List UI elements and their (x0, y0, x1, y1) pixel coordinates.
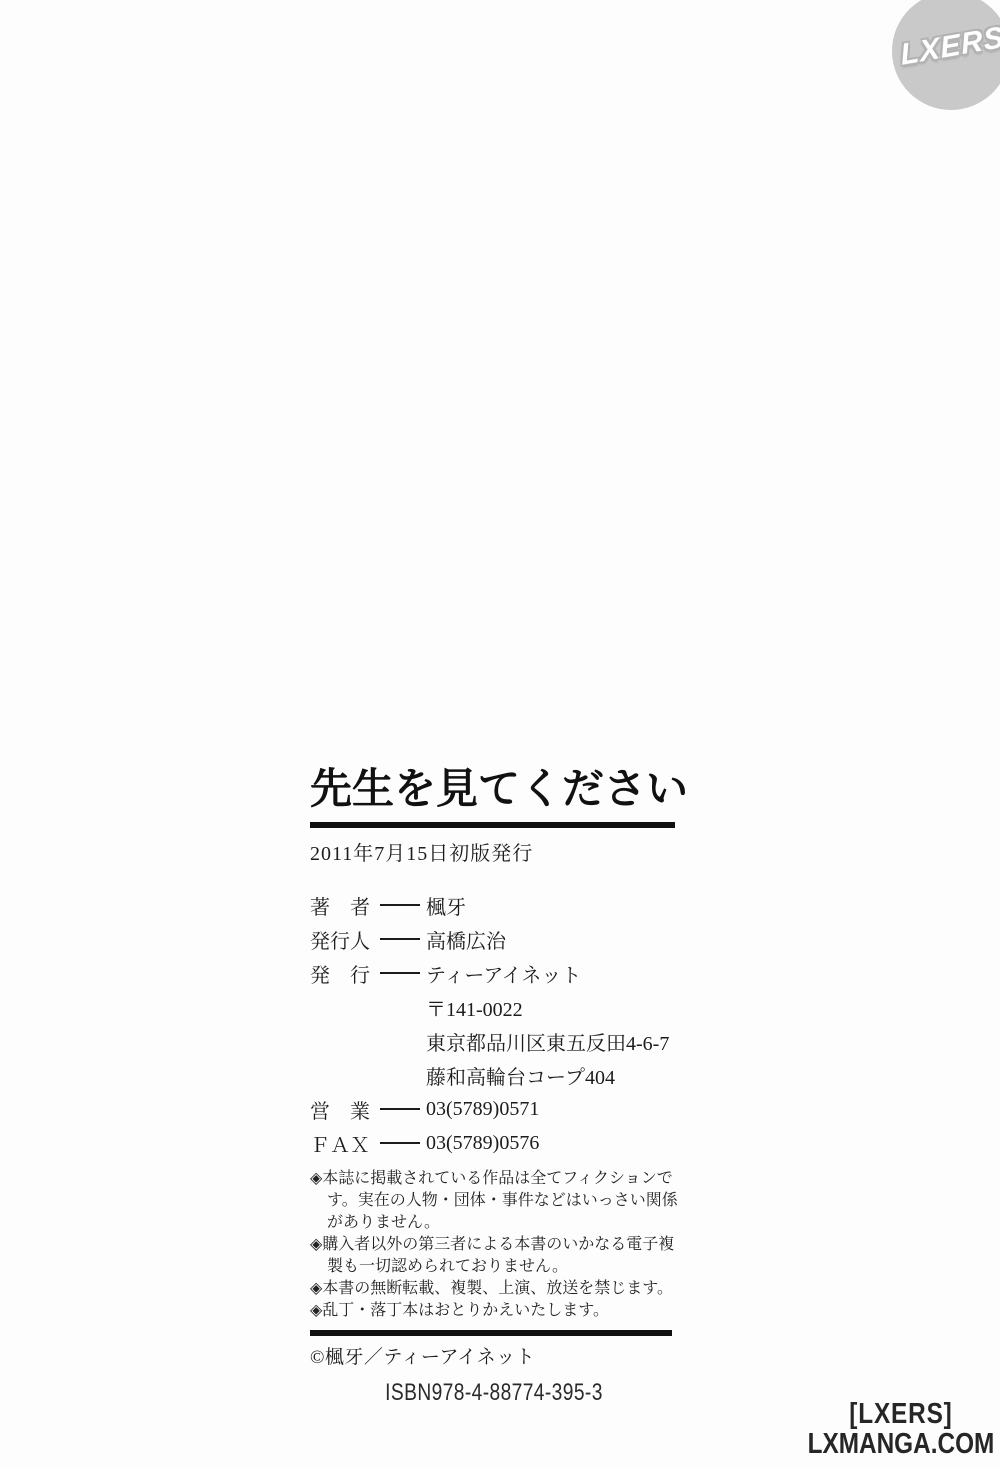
fax-row: ＦＡＸ 03(5789)0576 (310, 1126, 678, 1160)
publisher-person-row: 発行人 高橋広治 (310, 922, 678, 956)
leader-dash (380, 1142, 420, 1144)
copyright-line: ©楓牙／ティーアイネット (310, 1342, 678, 1369)
title-underline-rule (310, 822, 675, 828)
author-label: 著 者 (310, 891, 380, 920)
leader-dash (380, 904, 420, 906)
leader-dash (380, 1108, 420, 1110)
publisher-value: ティーアイネット (426, 959, 581, 988)
watermark-group-name: [LXERS] (807, 1399, 994, 1429)
address-line: 東京都品川区東五反田4-6-7 (426, 1027, 669, 1056)
leader-dash (380, 972, 420, 974)
postal-code-row: 〒141-0022 (310, 990, 678, 1024)
address-row: 東京都品川区東五反田4-6-7 (310, 1024, 678, 1058)
publication-info: 著 者 楓牙 発行人 高橋広治 発 行 ティーアイネット 〒141-0022 東… (310, 888, 678, 1160)
lxers-logo-text: LXERS (899, 21, 1000, 73)
postal-code: 〒141-0022 (426, 993, 523, 1022)
lxers-logo: LXERS (892, 0, 1000, 110)
address-row-2: 藤和高輪台コープ404 (310, 1058, 678, 1092)
watermark-site-url: LXMANGA.COM (807, 1429, 994, 1459)
colophon-block: 先生を見てください 2011年7月15日初版発行 著 者 楓牙 発行人 高橋広治… (310, 762, 678, 1407)
publisher-label: 発 行 (310, 959, 380, 988)
notice-reproduction: ◈本書の無断転載、複製、上演、放送を禁じます。 (310, 1278, 680, 1300)
publisher-person-label: 発行人 (310, 925, 380, 954)
sales-phone: 03(5789)0571 (426, 1098, 539, 1121)
book-title: 先生を見てください (310, 762, 678, 818)
notice-digital-copy: ◈購入者以外の第三者による本書のいかなる電子複製も一切認められておりません。 (310, 1234, 680, 1278)
isbn-number: ISBN978-4-88774-395-3 (347, 1379, 641, 1407)
fax-label: ＦＡＸ (310, 1129, 380, 1158)
site-watermark: [LXERS] LXMANGA.COM (807, 1399, 994, 1459)
edition-date: 2011年7月15日初版発行 (310, 837, 678, 866)
notice-defective-copy: ◈乱丁・落丁本はおとりかえいたします。 (310, 1300, 680, 1322)
publisher-person-value: 高橋広治 (426, 925, 506, 954)
sales-phone-row: 営 業 03(5789)0571 (310, 1092, 678, 1126)
address-line-2: 藤和高輪台コープ404 (426, 1061, 615, 1090)
scanned-colophon-page: LXERS 先生を見てください 2011年7月15日初版発行 著 者 楓牙 発行… (0, 0, 1000, 1467)
bottom-rule (310, 1330, 672, 1336)
author-value: 楓牙 (426, 891, 466, 920)
sales-label: 営 業 (310, 1095, 380, 1124)
publisher-row: 発 行 ティーアイネット (310, 956, 678, 990)
author-row: 著 者 楓牙 (310, 888, 678, 922)
fax-number: 03(5789)0576 (426, 1132, 539, 1155)
notice-fiction: ◈本誌に掲載されている作品は全てフィクションです。実在の人物・団体・事件などはい… (310, 1168, 680, 1234)
leader-dash (380, 938, 420, 940)
legal-notices: ◈本誌に掲載されている作品は全てフィクションです。実在の人物・団体・事件などはい… (310, 1168, 680, 1322)
